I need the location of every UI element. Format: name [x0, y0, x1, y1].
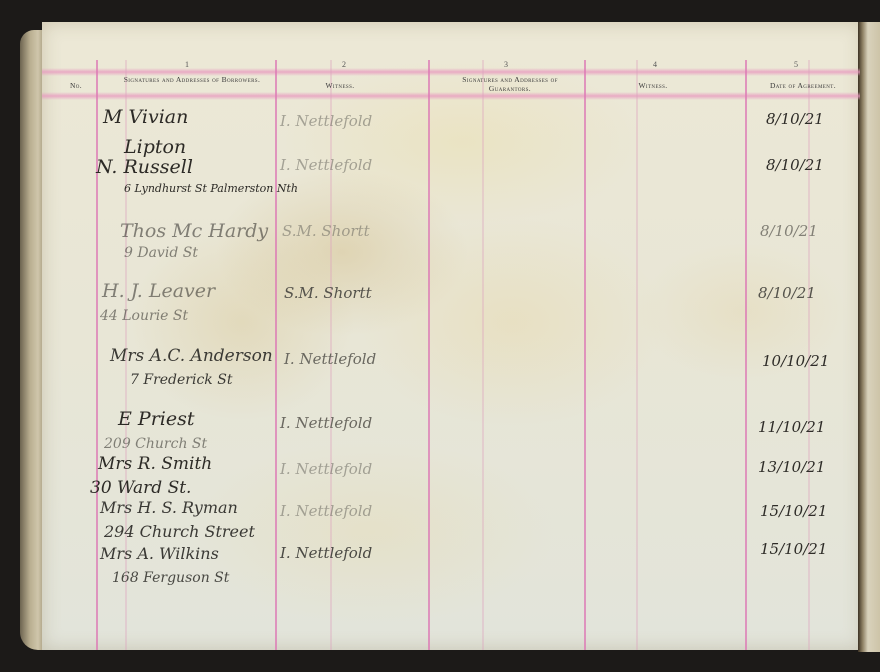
borrower-address: 7 Frederick St	[130, 372, 232, 388]
column-heading-witness: Witness.	[290, 81, 390, 90]
borrower-address: Lipton	[124, 136, 186, 158]
witness-signature: I. Nettlefold	[280, 156, 372, 174]
borrower-signature: N. Russell	[96, 156, 193, 178]
witness-signature: S.M. Shortt	[282, 222, 370, 240]
agreement-date: 8/10/21	[766, 156, 824, 174]
borrower-address: 168 Ferguson St	[112, 570, 229, 586]
borrower-address: 44 Lourie St	[100, 308, 188, 324]
witness-signature: I. Nettlefold	[284, 350, 376, 368]
column-divider	[745, 60, 747, 650]
column-divider	[584, 60, 586, 650]
borrower-signature: H. J. Leaver	[102, 280, 215, 302]
borrower-signature: Mrs A.C. Anderson	[110, 346, 273, 366]
witness-signature: I. Nettlefold	[280, 112, 372, 130]
borrower-address: 294 Church Street	[104, 522, 255, 541]
borrower-address: 30 Ward St.	[90, 478, 191, 498]
column-divider-faint	[636, 60, 638, 650]
witness-signature: I. Nettlefold	[280, 460, 372, 478]
column-number: 2	[334, 60, 354, 69]
column-divider	[428, 60, 430, 650]
book-gutter	[858, 22, 880, 652]
column-heading-guarantors: Signatures and Addresses of Guarantors.	[440, 75, 580, 93]
column-divider	[275, 60, 277, 650]
agreement-date: 15/10/21	[760, 540, 827, 558]
agreement-date: 8/10/21	[760, 222, 818, 240]
borrower-signature: E Priest	[118, 408, 194, 430]
borrower-signature: M Vivian	[103, 106, 188, 128]
agreement-date: 10/10/21	[762, 352, 829, 370]
borrower-signature: Mrs R. Smith	[98, 454, 212, 474]
borrower-address: 6 Lyndhurst St Palmerston Nth	[124, 182, 298, 195]
ledger-page-photo: 1 2 3 4 5 No. Signatures and Addresses o…	[0, 0, 880, 672]
column-number: 1	[177, 60, 197, 69]
column-number: 3	[496, 60, 516, 69]
column-heading-witness-2: Witness.	[603, 81, 703, 90]
agreement-date: 15/10/21	[760, 502, 827, 520]
column-divider-faint	[482, 60, 484, 650]
borrower-signature: Thos Mc Hardy	[120, 220, 268, 242]
agreement-date: 8/10/21	[758, 284, 816, 302]
witness-signature: I. Nettlefold	[280, 502, 372, 520]
agreement-date: 11/10/21	[758, 418, 825, 436]
witness-signature: I. Nettlefold	[280, 544, 372, 562]
borrower-signature: Mrs H. S. Ryman	[100, 498, 238, 517]
borrower-signature: Mrs A. Wilkins	[100, 544, 219, 563]
column-divider	[96, 60, 98, 650]
column-number: 5	[786, 60, 806, 69]
borrower-address: 209 Church St	[104, 436, 207, 452]
column-heading-borrowers: Signatures and Addresses of Borrowers.	[122, 75, 262, 84]
column-heading-date: Date of Agreement.	[748, 81, 858, 90]
column-heading-no: No.	[56, 81, 96, 90]
header-rule-bottom	[42, 92, 860, 100]
agreement-date: 13/10/21	[758, 458, 825, 476]
agreement-date: 8/10/21	[766, 110, 824, 128]
witness-signature: S.M. Shortt	[284, 284, 372, 302]
borrower-address: 9 David St	[124, 245, 198, 261]
column-number: 4	[645, 60, 665, 69]
witness-signature: I. Nettlefold	[280, 414, 372, 432]
